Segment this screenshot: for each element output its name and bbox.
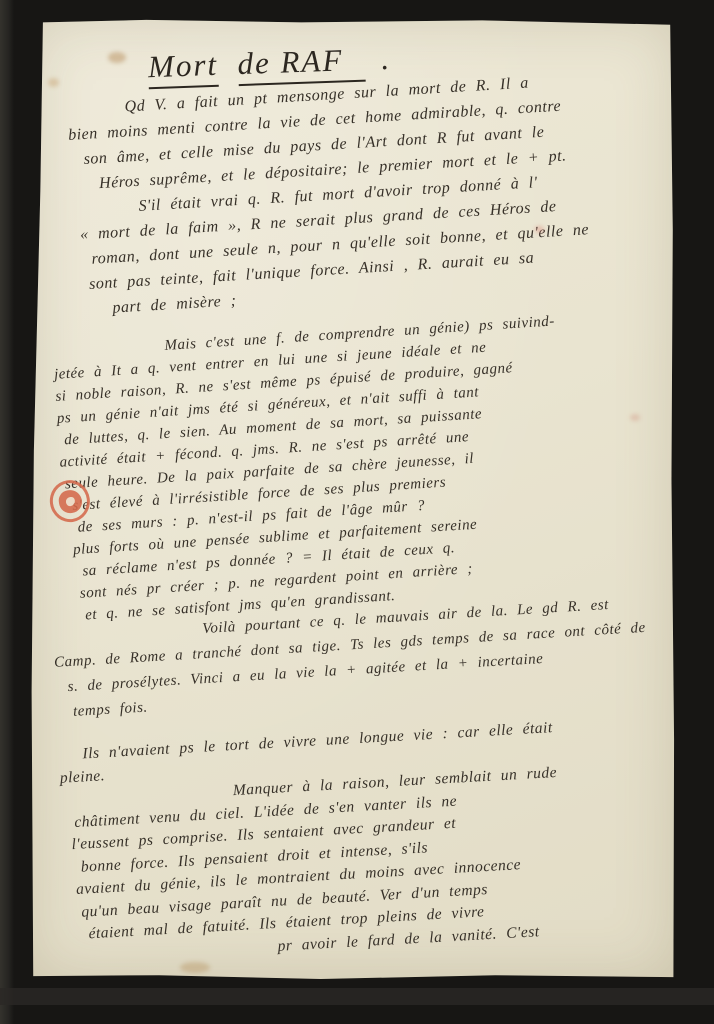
manuscript-title: Mort de RAF. bbox=[147, 41, 391, 85]
table-edge-band bbox=[0, 988, 714, 1005]
title-word-mort: Mort bbox=[147, 47, 218, 89]
title-period: . bbox=[381, 41, 392, 76]
foxing-stain bbox=[48, 78, 59, 87]
foxing-stain bbox=[535, 226, 544, 233]
paragraph-4: Ils n'avaient ps le tort de vivre une lo… bbox=[54, 717, 566, 970]
foxing-stain bbox=[630, 414, 640, 421]
title-word-de-raf: de RAF bbox=[237, 42, 366, 86]
binding-spine-shadow bbox=[0, 0, 14, 1024]
manuscript-page: Mort de RAF. Qd V. a fait un pt mensonge… bbox=[30, 18, 676, 980]
foxing-stain bbox=[180, 962, 210, 973]
foxing-stain bbox=[108, 52, 126, 63]
paragraph-2: Mais c'est une f. de comprendre un génie… bbox=[52, 310, 572, 627]
red-collection-stamp-icon bbox=[47, 477, 95, 526]
paragraph-1: Qd V. a fait un pt mensonge sur la mort … bbox=[66, 68, 593, 323]
